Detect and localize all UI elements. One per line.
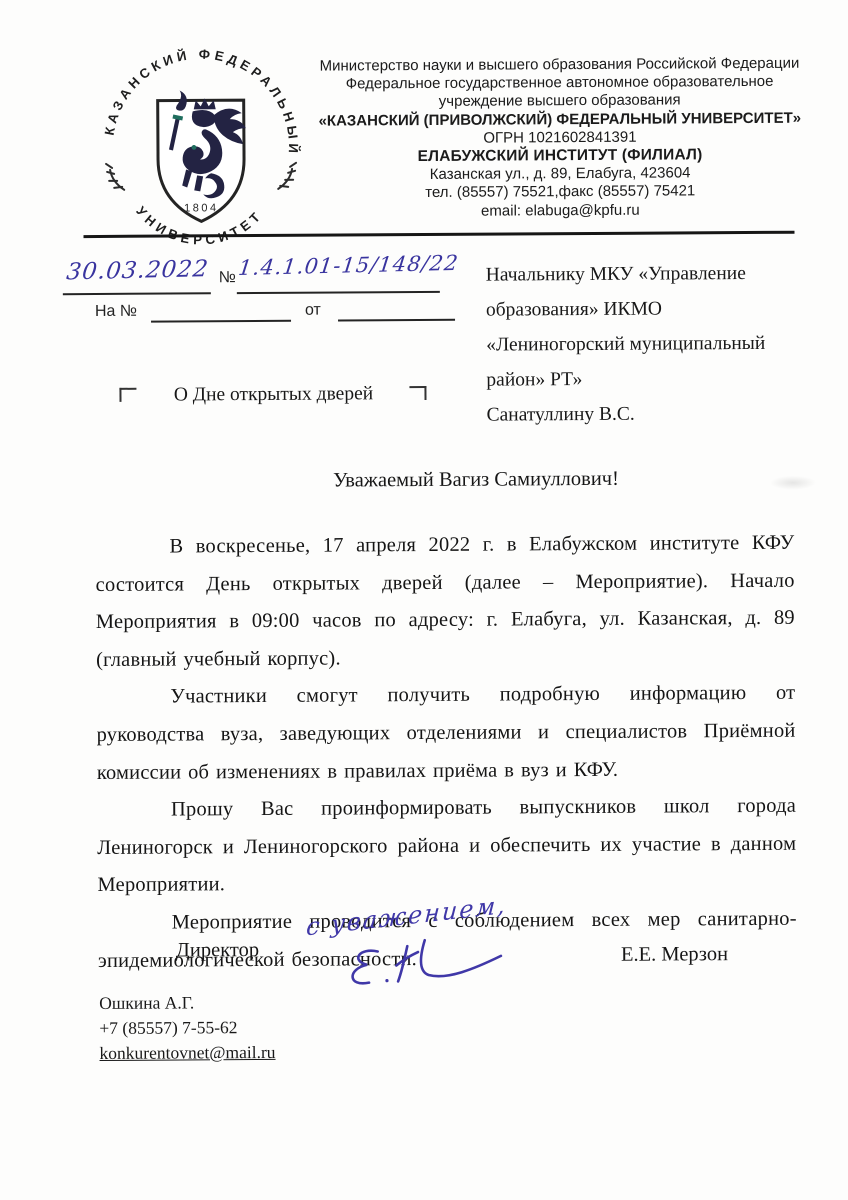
subject-corner-right [409,386,426,400]
reply-from-label: от [305,302,321,320]
signature-flourish [333,927,523,997]
reply-number-underline [151,320,291,323]
handwritten-date: 30.03.2022 [65,256,210,285]
date-underline [63,292,211,295]
addressee-block: Начальнику МКУ «Управление образования» … [486,256,807,433]
addressee-line: Санатуллину В.С. [486,396,806,433]
executor-contact-block: Ошкина А.Г. +7 (85557) 7-55-62 konkurent… [99,990,275,1066]
signer-title: Директор [176,939,259,963]
reply-date-underline [338,319,455,322]
executor-email: konkurentovnet@mail.ru [99,1040,275,1066]
letterhead-block: Министерство науки и высшего образования… [317,55,802,222]
university-name: «КАЗАНСКИЙ (ПРИВОЛЖСКИЙ) ФЕДЕРАЛЬНЫЙ УНИ… [318,109,802,130]
laurel-right-icon [278,163,296,189]
number-underline [237,291,440,294]
addressee-line: район» РТ» [486,361,806,398]
university-logo: КАЗАНСКИЙ ФЕДЕРАЛЬНЫЙ УНИВЕРСИТЕТ [97,43,304,252]
university-emblem-icon: КАЗАНСКИЙ ФЕДЕРАЛЬНЫЙ УНИВЕРСИТЕТ [97,43,304,252]
logo-year: 1804 [184,202,219,214]
institute-email: email: elabuga@kpfu.ru [318,200,802,221]
scanned-letter-page: КАЗАНСКИЙ ФЕДЕРАЛЬНЫЙ УНИВЕРСИТЕТ [0,0,848,1200]
signature-icon [333,927,523,992]
ministry-line-2: Федеральное государственное автономное о… [318,73,802,94]
laurel-left-icon [106,164,124,190]
addressee-line: образования» ИКМО [486,291,806,328]
body-paragraph-3: Прошу Вас проинформировать выпускников ш… [97,788,797,905]
subject-line: О Дне открытых дверей [137,383,409,407]
reply-to-label: На № [95,303,137,321]
body-paragraph-1: В воскресенье, 17 апреля 2022 г. в Елабу… [95,525,795,680]
salutation: Уважаемый Вагиз Самиуллович! [95,467,793,494]
addressee-line: «Лениногорский муниципальный [486,326,806,363]
body-paragraph-2: Участники смогут получить подробную инфо… [96,675,796,792]
number-label: № [219,269,236,287]
signer-name: Е.Е. Мерзон [621,943,728,967]
handwritten-number: 1.4.1.01-15/148/22 [237,251,460,280]
subject-corner-left [119,388,136,402]
executor-phone: +7 (85557) 7-55-62 [99,1015,275,1041]
executor-name: Ошкина А.Г. [99,990,275,1016]
addressee-line: Начальнику МКУ «Управление [486,256,806,293]
